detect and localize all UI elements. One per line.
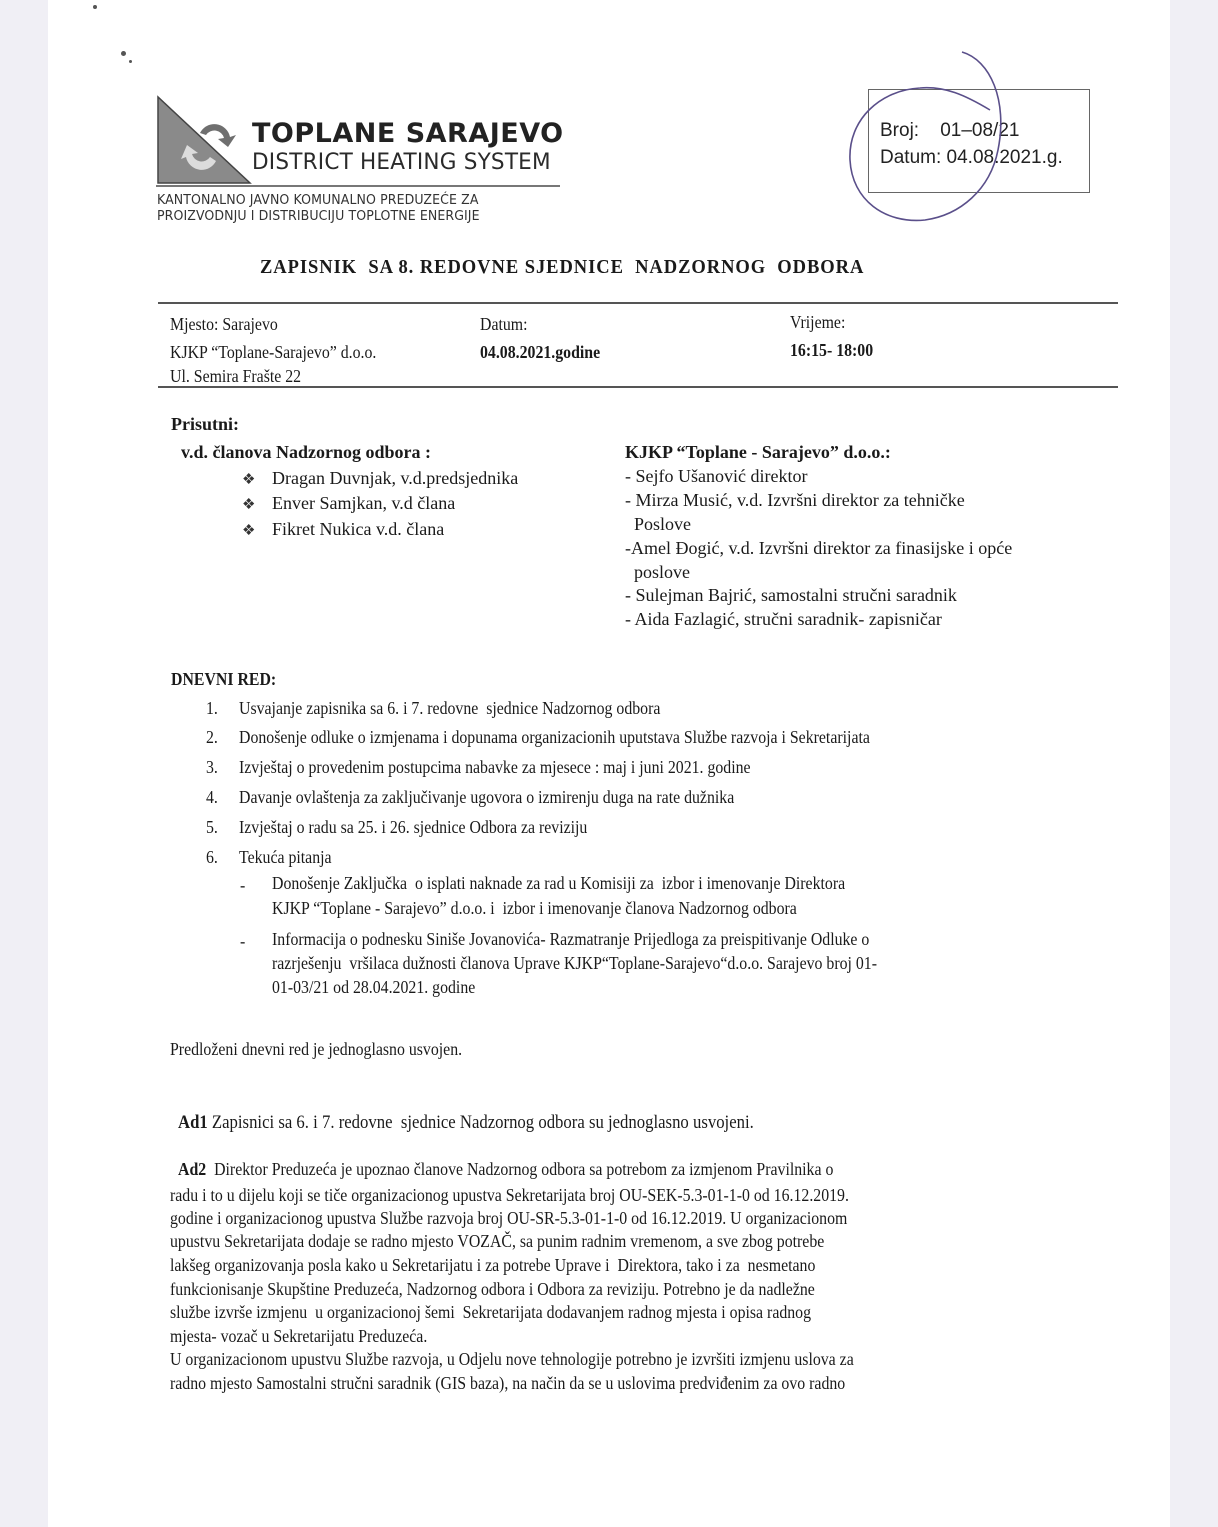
agenda-item-number: 4. xyxy=(206,787,218,808)
meta-bottom-rule xyxy=(158,386,1118,388)
ad2-line: godine i organizacionog upustva Službe r… xyxy=(170,1208,847,1229)
ad2-line: Ad2 Direktor Preduzeća je upoznao članov… xyxy=(178,1159,833,1180)
diamond-bullet-icon: ❖ xyxy=(242,495,255,514)
agenda-subitem: razrješenju vršilaca dužnosti članova Up… xyxy=(272,953,877,974)
board-heading: v.d. članova Nadzornog odbora : xyxy=(181,442,431,463)
meta-place: Mjesto: Sarajevo xyxy=(170,314,278,335)
agenda-item-number: 1. xyxy=(206,698,218,719)
board-member: Enver Samjkan, v.d člana xyxy=(272,493,455,514)
company-attendee: poslove xyxy=(625,562,690,583)
company-name: TOPLANE SARAJEVO xyxy=(252,118,564,149)
ad1-paragraph: Ad1 Zapisnici sa 6. i 7. redovne sjednic… xyxy=(178,1112,754,1134)
scan-speck xyxy=(129,60,132,63)
dash-bullet-icon: - xyxy=(240,931,245,952)
ad2-line: radu i to u dijelu koji se tiče organiza… xyxy=(170,1185,849,1206)
agenda-item-number: 6. xyxy=(206,847,218,868)
scan-speck xyxy=(121,51,126,56)
ad2-line: službe izvrše izmjenu u organizacionoj š… xyxy=(170,1302,811,1323)
ad2-label: Ad2 xyxy=(178,1159,206,1179)
meta-date-value: 04.08.2021.godine xyxy=(480,342,600,363)
company-description-line1: KANTONALNO JAVNO KOMUNALNO PREDUZEĆE ZA xyxy=(157,192,479,208)
company-attendee: Poslove xyxy=(625,514,691,535)
diamond-bullet-icon: ❖ xyxy=(242,521,255,540)
agenda-subitem: KJKP “Toplane - Sarajevo” d.o.o. i izbor… xyxy=(272,898,797,919)
agenda-item: Tekuća pitanja xyxy=(239,847,332,868)
ad2-line-text: Direktor Preduzeća je upoznao članove Na… xyxy=(206,1159,833,1179)
meta-address: Ul. Semira Frašte 22 xyxy=(170,366,301,387)
company-attendee: - Aida Fazlagić, stručni saradnik- zapis… xyxy=(625,609,942,630)
meta-date-label: Datum: xyxy=(480,314,528,335)
company-attendee: - Mirza Musić, v.d. Izvršni direktor za … xyxy=(625,490,965,511)
ad2-line: lakšeg organizovanja posla kako u Sekret… xyxy=(170,1255,815,1276)
agenda-item: Donošenje odluke o izmjenama i dopunama … xyxy=(239,727,870,748)
meta-time-value: 16:15- 18:00 xyxy=(790,340,873,361)
company-attendee: - Sejfo Ušanović direktor xyxy=(625,466,807,487)
dash-bullet-icon: - xyxy=(240,875,245,896)
ad1-text: Zapisnici sa 6. i 7. redovne sjednice Na… xyxy=(208,1112,754,1133)
ad2-line: mjesta- vozač u Sekretarijatu Preduzeća. xyxy=(170,1326,427,1347)
company-description-line2: PROIZVODNJU I DISTRIBUCIJU TOPLOTNE ENER… xyxy=(157,208,480,224)
meta-time-label: Vrijeme: xyxy=(790,312,845,333)
agenda-subitem: Informacija o podnesku Siniše Jovanovića… xyxy=(272,929,869,950)
agenda-item: Davanje ovlaštenja za zaključivanje ugov… xyxy=(239,787,734,808)
agenda-heading: DNEVNI RED: xyxy=(171,669,276,690)
ad2-line: radno mjesto Samostalni stručni saradnik… xyxy=(170,1373,845,1394)
agenda-item: Izvještaj o provedenim postupcima nabavk… xyxy=(239,757,751,778)
attendees-heading: Prisutni: xyxy=(171,414,239,435)
scan-speck xyxy=(93,5,97,9)
ad1-label: Ad1 xyxy=(178,1112,208,1133)
meta-top-rule xyxy=(158,302,1118,304)
ad2-line: funkcionisanje Skupštine Preduzeća, Nadz… xyxy=(170,1279,815,1300)
ad2-line: U organizacionom upustvu Službe razvoja,… xyxy=(170,1349,854,1370)
letterhead-divider xyxy=(156,185,560,187)
board-member: Fikret Nukica v.d. člana xyxy=(272,519,444,540)
agenda-item-number: 2. xyxy=(206,727,218,748)
document-title: ZAPISNIK SA 8. REDOVNE SJEDNICE NADZORNO… xyxy=(260,257,864,279)
diamond-bullet-icon: ❖ xyxy=(242,470,255,489)
agenda-item: Usvajanje zapisnika sa 6. i 7. redovne s… xyxy=(239,698,660,719)
agenda-item: Izvještaj o radu sa 25. i 26. sjednice O… xyxy=(239,817,587,838)
agenda-item-number: 5. xyxy=(206,817,218,838)
company-logo-icon xyxy=(156,95,252,185)
company-attendee: -Amel Đogić, v.d. Izvršni direktor za fi… xyxy=(625,538,1012,559)
handwritten-signature-icon xyxy=(830,40,1030,250)
company-attendees-heading: KJKP “Toplane - Sarajevo” d.o.o.: xyxy=(625,442,891,463)
company-subtitle: DISTRICT HEATING SYSTEM xyxy=(252,150,551,175)
board-member: Dragan Duvnjak, v.d.predsjednika xyxy=(272,468,518,489)
agenda-subitem: Donošenje Zaključka o isplati naknade za… xyxy=(272,873,845,894)
company-attendee: - Sulejman Bajrić, samostalni stručni sa… xyxy=(625,585,957,606)
ad2-line: upustvu Sekretarijata dodaje se radno mj… xyxy=(170,1231,824,1252)
agenda-subitem: 01-03/21 od 28.04.2021. godine xyxy=(272,977,475,998)
agenda-item-number: 3. xyxy=(206,757,218,778)
meta-org: KJKP “Toplane-Sarajevo” d.o.o. xyxy=(170,342,376,363)
agenda-adopted-note: Predloženi dnevni red je jednoglasno usv… xyxy=(170,1039,462,1060)
